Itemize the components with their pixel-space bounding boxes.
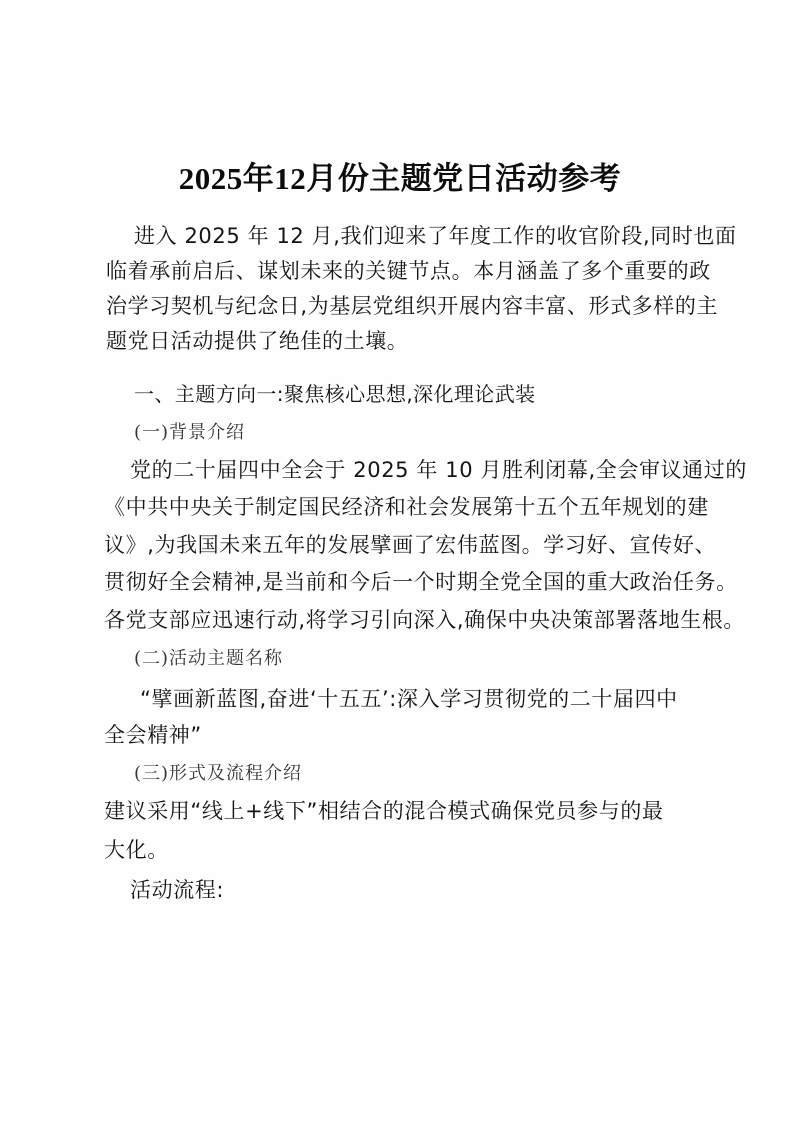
background-line: 贯彻好全会精神,是当前和今后一个时期全党全国的重大政治任务。 — [104, 569, 738, 595]
process-label: 活动流程: — [130, 877, 224, 903]
document-title: 2025年12月份主题党日活动参考 — [0, 160, 800, 198]
section-heading: 一、主题方向一:聚焦核心思想,深化理论武装 — [134, 381, 536, 407]
theme-name-line: 全会精神” — [104, 722, 202, 748]
intro-line: 进入 2025 年 12 月,我们迎来了年度工作的收官阶段,同时也面 — [134, 223, 737, 249]
subsection-label-theme: (二)活动主题名称 — [134, 646, 283, 672]
format-line: 建议采用“线上+线下”相结合的混合模式确保党员参与的最 — [104, 798, 664, 824]
subsection-label-background: (一)背景介绍 — [134, 420, 245, 446]
intro-line: 题党日活动提供了绝佳的土壤。 — [106, 328, 408, 354]
document-page: 2025年12月份主题党日活动参考 进入 2025 年 12 月,我们迎来了年度… — [0, 0, 800, 1131]
intro-line: 临着承前启后、谋划未来的关键节点。本月涵盖了多个重要的政 — [106, 258, 711, 284]
subsection-label-format: (三)形式及流程介绍 — [134, 761, 302, 787]
background-line: 党的二十届四中全会于 2025 年 10 月胜利闭幕,全会审议通过的 — [130, 457, 747, 483]
intro-line: 治学习契机与纪念日,为基层党组织开展内容丰富、形式多样的主 — [106, 293, 718, 319]
background-line: 《中共中央关于制定国民经济和社会发展第十五个五年规划的建 — [104, 494, 709, 520]
theme-name-line: “擘画新蓝图,奋进‘十五五’:深入学习贯彻党的二十届四中 — [140, 686, 678, 712]
background-line: 议》,为我国未来五年的发展擘画了宏伟蓝图。学习好、宣传好、 — [104, 532, 716, 558]
background-line: 各党支部应迅速行动,将学习引向深入,确保中央决策部署落地生根。 — [104, 607, 745, 633]
format-line: 大化。 — [104, 837, 169, 863]
